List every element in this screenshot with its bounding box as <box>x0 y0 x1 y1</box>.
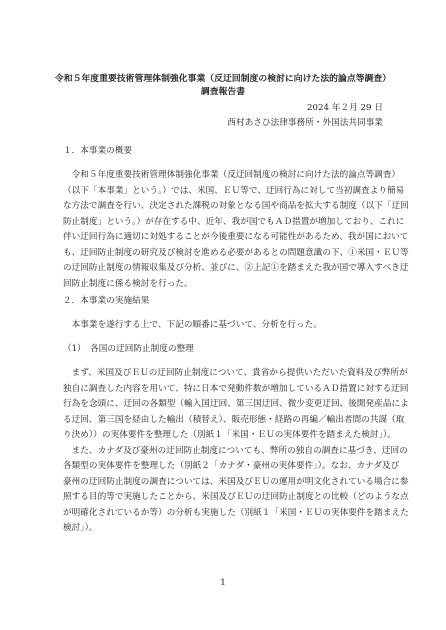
document-title: 令和５年度重要技術管理体制強化事業（反迂回制度の検討に向けた法的論点等調査） <box>0 74 446 85</box>
document-subtitle: 調査報告書 <box>0 87 446 98</box>
subsection-1-heading: （1） 各国の迂回防止制度の整理 <box>63 344 194 355</box>
section-1-para-line: 防止制度」という。）が存在する中、近年、我が国でもＡＤ措置が増加しており、これに <box>63 217 384 228</box>
document-date: 2024 年２月 29 日 <box>307 103 383 114</box>
subsection-para2-line: が明確化されているか等）の分析も実施した（別紙１「米国・ＥＵの実体要件を踏まえた <box>63 508 384 519</box>
subsection-para2-line: 検討」）。 <box>63 523 384 534</box>
subsection-para1-line: まず、米国及びＥＵの迂回防止制度について、貴省から提供いただいた資料及び弊所が <box>63 368 384 379</box>
subsection-para2-line: 照する目的等で実施したことから、米国及びＥＵの迂回防止制度との比較（どのような点 <box>63 492 384 503</box>
section-1-heading: １．本事業の概要 <box>63 146 132 157</box>
section-2-intro: 本事業を遂行する上で、下記の順番に基づいて、分析を行った。 <box>63 320 322 331</box>
subsection-para2-line: 豪州の迂回防止制度の調査については、米国及びＥＵの運用が明文化されている場合に参 <box>63 477 384 488</box>
section-1-para-line: な方法で調査を行い、決定された課税の対象となる国や商品を拡大する制度（以下「迂回 <box>63 201 384 212</box>
subsection-para2-line: また、カナダ及び豪州の迂回防止制度についても、弊所の独自の調査に基づき、迂回の <box>63 446 384 457</box>
section-1-para-line: （以下「本事業」という。）では、米国、ＥＵ等で、迂回行為に対して当初調査より簡易 <box>63 186 384 197</box>
subsection-para1-line: 独自に調査した内容を用いて、特に日本で発動件数が増加しているＡＤ措置に対する迂回 <box>63 384 384 395</box>
document-organization: 西村あさひ法律事務所・外国法共同事業 <box>227 118 383 129</box>
section-2-heading: ２．本事業の実施結果 <box>63 296 149 307</box>
section-1-para-line: 回防止制度に係る検討を行った。 <box>63 279 384 290</box>
subsection-para1-line: 行為を念頭に、迂回の各類型（輸入国迂回、第三国迂回、微少変更迂回、後開発産品によ <box>63 399 384 410</box>
page-number: 1 <box>0 578 446 589</box>
document-page: 令和５年度重要技術管理体制強化事業（反迂回制度の検討に向けた法的論点等調査） 調… <box>0 0 446 630</box>
subsection-para1-line: る迂回、第三国を経由した輸出（積替え）、販売形態・経路の再編／輸出者間の共謀（取 <box>63 415 384 426</box>
section-1-para-line: も、迂回防止制度の研究及び検討を進める必要があるとの問題意識の下、①米国・ＥＵ等 <box>63 248 384 259</box>
section-1-para-line: の迂回防止制度の情報収集及び分析、並びに、②上記①を踏まえた我が国で導入すべき迂 <box>63 263 384 274</box>
section-1-para-line: 令和５年度重要技術管理体制強化事業（反迂回制度の検討に向けた法的論点等調査） <box>63 170 384 181</box>
subsection-para2-line: 各類型の実体要件を整理した（別紙２「カナダ・豪州の実体要件」）。なお、カナダ及び <box>63 461 384 472</box>
section-1-para-line: 伴い迂回行為に適切に対処することが今後重要になる可能性があるため、我が国において <box>63 232 384 243</box>
subsection-para1-line: り決め））の実体要件を整理した（別紙１「米国・ＥＵの実体要件を踏まえた検討」）。 <box>63 430 384 441</box>
